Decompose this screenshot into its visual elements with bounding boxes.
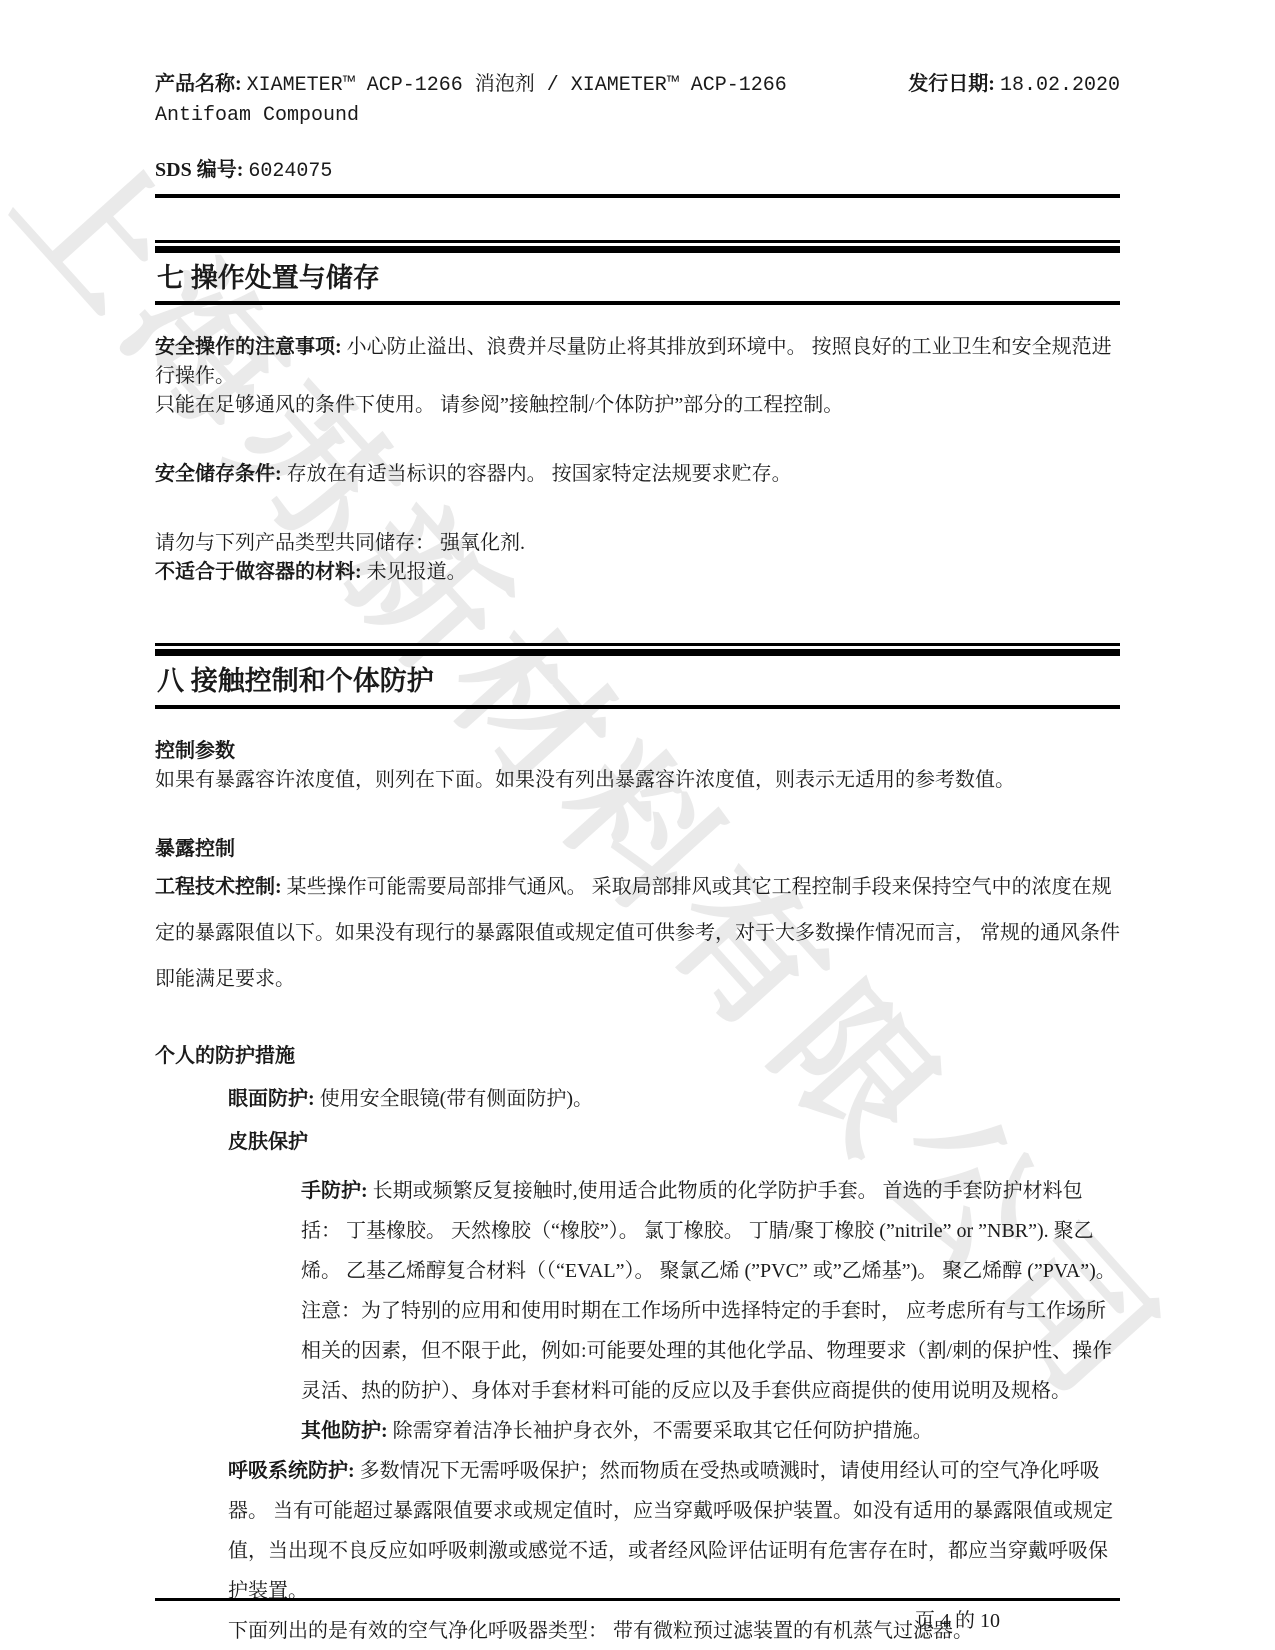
other-protection-label: 其他防护: [301,1420,388,1442]
unsuitable-container-text: 未见报道。 [367,561,467,583]
eye-protection-label: 眼面防护: [228,1088,315,1110]
storage-conditions: 安全储存条件: 存放在有适当标识的容器内。 按国家特定法规要求贮存。 [155,460,1120,489]
section7-band: 七 操作处置与储存 [155,240,1120,305]
unsuitable-container: 不适合于做容器的材料: 未见报道。 [155,558,1120,587]
issue-date-value: 18.02.2020 [1000,74,1120,97]
page-content: 产品名称: XIAMETER™ ACP-1266 消泡剂 / XIAMETER™… [0,0,1275,1650]
respiratory-protection: 呼吸系统防护: 多数情况下无需呼吸保护；然而物质在受热或喷溅时，请使用经认可的空… [228,1451,1120,1611]
other-protection: 其他防护: 除需穿着洁净长袖护身衣外，不需要采取其它任何防护措施。 [301,1411,1120,1451]
product-name-label: 产品名称: [155,73,242,95]
exposure-control-heading: 暴露控制 [155,835,1120,864]
band-rule-thick [155,649,1120,656]
hand-protection-label: 手防护: [301,1180,368,1202]
unsuitable-container-label: 不适合于做容器的材料: [155,561,362,583]
control-params-heading: 控制参数 [155,737,1120,766]
issue-date-label: 发行日期: [908,73,995,95]
handling-precautions-label: 安全操作的注意事项: [155,336,342,358]
band-rule-bottom [155,705,1120,709]
eye-protection-text: 使用安全眼镜(带有侧面防护)。 [320,1088,593,1110]
other-protection-text: 除需穿着洁净长袖护身衣外，不需要采取其它任何防护措施。 [393,1420,933,1442]
control-params-text: 如果有暴露容许浓度值，则列在下面。如果没有列出暴露容许浓度值，则表示无适用的参考… [155,766,1120,795]
sds-number-label: SDS 编号: [155,159,243,181]
handling-ventilation-text: 只能在足够通风的条件下使用。 请参阅”接触控制/个体防护”部分的工程控制。 [155,394,843,416]
sds-page: 上海苏新材料有限公司 产品名称: XIAMETER™ ACP-1266 消泡剂 … [0,0,1275,1650]
footer-rule [155,1598,1120,1601]
handling-ventilation: 只能在足够通风的条件下使用。 请参阅”接触控制/个体防护”部分的工程控制。 [155,391,1120,420]
engineering-controls: 工程技术控制: 某些操作可能需要局部排气通风。 采取局部排风或其它工程控制手段来… [155,864,1120,1002]
hand-protection: 手防护: 长期或频繁反复接触时,使用适合此物质的化学防护手套。 首选的手套防护材… [301,1171,1120,1411]
storage-avoid-text: 请勿与下列产品类型共同储存： 强氧化剂. [155,532,525,554]
sds-number: SDS 编号: 6024075 [155,156,1120,186]
storage-conditions-text: 存放在有适当标识的容器内。 按国家特定法规要求贮存。 [287,463,792,485]
engineering-controls-label: 工程技术控制: [155,876,282,898]
sds-number-value: 6024075 [248,160,332,183]
respiratory-protection-text: 多数情况下无需呼吸保护；然而物质在受热或喷溅时，请使用经认可的空气净化呼吸器。 … [228,1460,1113,1602]
product-name-value: XIAMETER™ ACP-1266 消泡剂 / XIAMETER™ ACP-1… [155,74,787,127]
section7-title: 七 操作处置与储存 [155,253,1120,301]
respiratory-protection-label: 呼吸系统防护: [228,1460,355,1482]
skin-protection-heading: 皮肤保护 [228,1128,1120,1157]
document-header: 产品名称: XIAMETER™ ACP-1266 消泡剂 / XIAMETER™… [155,70,1120,130]
issue-date: 发行日期: 18.02.2020 [908,70,1120,100]
engineering-controls-text: 某些操作可能需要局部排气通风。 采取局部排风或其它工程控制手段来保持空气中的浓度… [155,876,1120,990]
storage-conditions-label: 安全储存条件: [155,463,282,485]
band-rule-bottom [155,301,1120,305]
header-rule [155,194,1120,198]
band-rule-thick [155,246,1120,253]
section8-title: 八 接触控制和个体防护 [155,656,1120,704]
hand-protection-text: 长期或频繁反复接触时,使用适合此物质的化学防护手套。 首选的手套防护材料包括： … [301,1180,1116,1402]
section8-band: 八 接触控制和个体防护 [155,643,1120,708]
page-footer: 页 4 的 10 [155,1598,1120,1636]
page-number: 页 4 的 10 [155,1607,1120,1636]
handling-precautions: 安全操作的注意事项: 小心防止溢出、浪费并尽量防止将其排放到环境中。 按照良好的… [155,333,1120,391]
storage-avoid: 请勿与下列产品类型共同储存： 强氧化剂. [155,529,1120,558]
product-name: 产品名称: XIAMETER™ ACP-1266 消泡剂 / XIAMETER™… [155,70,795,130]
eye-protection: 眼面防护: 使用安全眼镜(带有侧面防护)。 [228,1085,1120,1114]
personal-protection-heading: 个人的防护措施 [155,1042,1120,1071]
